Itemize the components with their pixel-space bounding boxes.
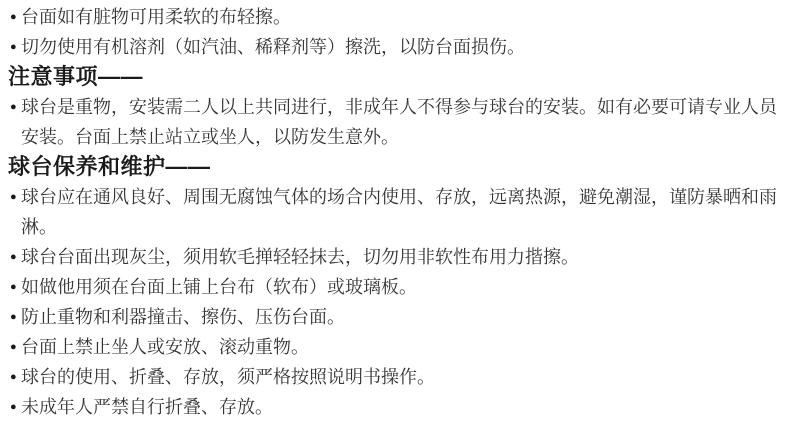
bullet-icon: ● xyxy=(10,2,17,32)
bullet-icon: ● xyxy=(10,362,17,392)
section-heading-care: 球台保养和维护—— xyxy=(8,152,782,182)
list-item: ● 球台台面出现灰尘，须用软毛掸轻轻抹去，切勿用非软性布用力揩擦。 xyxy=(8,242,782,272)
list-item-text: 台面上禁止坐人或安放、滚动重物。 xyxy=(21,337,309,357)
list-item-text: 台面如有脏物可用柔软的布轻擦。 xyxy=(21,7,291,27)
list-item: ● 如做他用须在台面上铺上台布（软布）或玻璃板。 xyxy=(8,272,782,302)
list-item: ● 台面上禁止坐人或安放、滚动重物。 xyxy=(8,332,782,362)
list-item-text: 球台是重物，安装需二人以上共同进行，非成年人不得参与球台的安装。如有必要可请专业… xyxy=(21,97,777,147)
notice-bullet-list: ● 球台是重物，安装需二人以上共同进行，非成年人不得参与球台的安装。如有必要可请… xyxy=(8,92,782,152)
list-item-text: 未成年人严禁自行折叠、存放。 xyxy=(21,397,273,417)
list-item-text: 球台的使用、折叠、存放，须严格按照说明书操作。 xyxy=(21,367,435,387)
list-item-text: 如做他用须在台面上铺上台布（软布）或玻璃板。 xyxy=(21,277,417,297)
bullet-icon: ● xyxy=(10,302,17,332)
list-item: ● 球台是重物，安装需二人以上共同进行，非成年人不得参与球台的安装。如有必要可请… xyxy=(8,92,782,152)
list-item: ● 切勿使用有机溶剂（如汽油、稀释剂等）擦洗，以防台面损伤。 xyxy=(8,32,782,62)
bullet-icon: ● xyxy=(10,92,17,122)
bullet-icon: ● xyxy=(10,392,17,422)
list-item-text: 防止重物和利器撞击、擦伤、压伤台面。 xyxy=(21,307,345,327)
list-item: ● 球台的使用、折叠、存放，须严格按照说明书操作。 xyxy=(8,362,782,392)
bullet-icon: ● xyxy=(10,332,17,362)
section-heading-notice: 注意事项—— xyxy=(8,62,782,92)
list-item: ● 未成年人严禁自行折叠、存放。 xyxy=(8,392,782,422)
list-item: ● 球台应在通风良好、周围无腐蚀气体的场合内使用、存放，远离热源，避免潮湿，谨防… xyxy=(8,182,782,242)
care-instructions-document: ● 台面如有脏物可用柔软的布轻擦。 ● 切勿使用有机溶剂（如汽油、稀释剂等）擦洗… xyxy=(0,0,790,448)
list-item: ● 台面如有脏物可用柔软的布轻擦。 xyxy=(8,2,782,32)
list-item-text: 球台台面出现灰尘，须用软毛掸轻轻抹去，切勿用非软性布用力揩擦。 xyxy=(21,247,579,267)
bullet-icon: ● xyxy=(10,272,17,302)
list-item-text: 切勿使用有机溶剂（如汽油、稀释剂等）擦洗，以防台面损伤。 xyxy=(21,37,525,57)
list-item: ● 防止重物和利器撞击、擦伤、压伤台面。 xyxy=(8,302,782,332)
bullet-icon: ● xyxy=(10,182,17,212)
bullet-icon: ● xyxy=(10,242,17,272)
intro-bullet-list: ● 台面如有脏物可用柔软的布轻擦。 ● 切勿使用有机溶剂（如汽油、稀释剂等）擦洗… xyxy=(8,2,782,62)
care-bullet-list: ● 球台应在通风良好、周围无腐蚀气体的场合内使用、存放，远离热源，避免潮湿，谨防… xyxy=(8,182,782,422)
list-item-text: 球台应在通风良好、周围无腐蚀气体的场合内使用、存放，远离热源，避免潮湿，谨防暴晒… xyxy=(21,187,777,237)
bullet-icon: ● xyxy=(10,32,17,62)
